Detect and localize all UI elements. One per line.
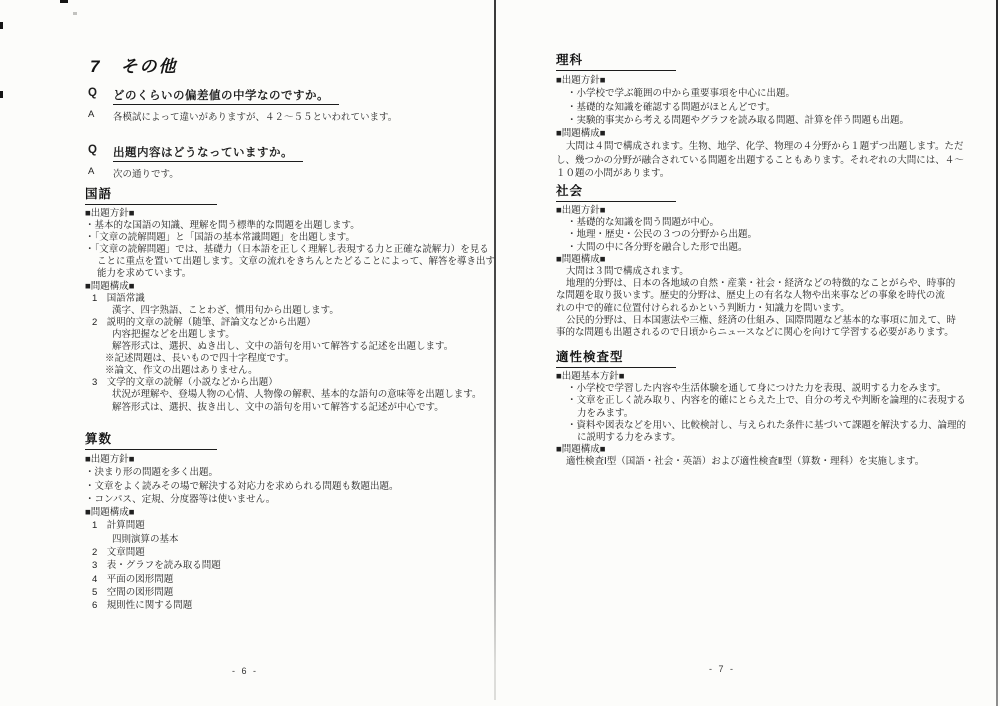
text-line: ■問題構成■ <box>556 254 990 266</box>
text-line: し、幾つかの分野が融合されている問題を出題することもあります。それぞれの大問には… <box>556 154 990 167</box>
question-text: どのくらいの偏差値の中学なのですか。 <box>113 87 339 105</box>
text-line: ■問題構成■ <box>85 506 510 519</box>
text-line: １０題の小問があります。 <box>556 167 990 180</box>
text-line: ・資料や図表などを用い、比較検討し、与えられた条件に基づいて課題を解決する力、論… <box>556 420 990 432</box>
page-number-right: - 7 - <box>700 664 744 674</box>
text-line: ・大問の中に各分野を融合した形で出題。 <box>556 242 990 254</box>
text-line: ことに重点を置いて出題します。文章の流れをきちんとたどることによって、解答を導き… <box>85 256 510 268</box>
text-line: 解答形式は、選択、抜き出し、文中の語句を用いて解答する記述が中心です。 <box>85 402 510 414</box>
question-row: Q 出題内容はどうなっていますか。 <box>88 144 303 162</box>
text-line: ・決まり形の問題を多く出題。 <box>85 466 510 479</box>
answer-row: A 各模試によって違いがありますが、４２～５５といわれています。 <box>88 109 397 123</box>
text-line: 公民的分野は、日本国憲法や三権、経済の仕組み、国際問題など基本的な事項に加えて、… <box>556 315 990 327</box>
section-header: 理科 <box>556 50 676 71</box>
text-line: 1 国語常識 <box>85 293 510 305</box>
page-number-left: - 6 - <box>223 666 267 676</box>
text-line: ・「文章の読解問題」と「国語の基本常識問題」を出題します。 <box>85 232 510 244</box>
text-line: ・小学校で学習した内容や生活体験を通して身につけた力を表現、説明する力をみます。 <box>556 383 990 395</box>
text-line: に説明する力をみます。 <box>556 432 990 444</box>
question-text: 出題内容はどうなっていますか。 <box>113 144 303 162</box>
text-line: ■出題方針■ <box>85 453 510 466</box>
page-edge-line <box>996 0 999 706</box>
text-line: 内容把握などを出題します。 <box>85 329 510 341</box>
text-line: 解答形式は、選択、ぬき出し、文中の語句を用いて解答する記述を出題します。 <box>85 341 510 353</box>
section-header: 算数 <box>85 429 217 450</box>
text-line: 四則演算の基本 <box>85 533 510 546</box>
section-social-studies: 社会 ■出題方針■ ・基礎的な知識を問う問題が中心。 ・地理・歴史・公民の３つの… <box>556 181 990 339</box>
text-line: ■問題構成■ <box>556 444 990 456</box>
section-body: ■出題方針■ ・基礎的な知識を問う問題が中心。 ・地理・歴史・公民の３つの分野か… <box>556 205 990 339</box>
text-line: 3 文学的文章の読解（小説などから出題） <box>85 377 510 389</box>
text-line: 大問は３問で構成されます。 <box>556 266 990 278</box>
text-line: 能力を求めています。 <box>85 268 510 280</box>
text-line: 状況が理解や、登場人物の心情、人物像の解釈、基本的な語句の意味等を出題します。 <box>85 389 510 401</box>
text-line: ※記述問題は、長いもので四十字程度です。 <box>85 353 510 365</box>
text-line: 漢字、四字熟語、ことわざ、慣用句から出題します。 <box>85 305 510 317</box>
section-body: ■出題基本方針■ ・小学校で学習した内容や生活体験を通して身につけた力を表現、説… <box>556 371 990 469</box>
text-line: ・地理・歴史・公民の３つの分野から出題。 <box>556 229 990 241</box>
text-line: ・基礎的な知識を確認する問題がほとんどです。 <box>556 101 990 114</box>
text-line: ・「文章の読解問題」では、基礎力（日本語を正しく理解し表現する力と正確な読解力）… <box>85 244 510 256</box>
text-line: ■出題基本方針■ <box>556 371 990 383</box>
text-line: 大問は４問で構成されます。生物、地学、化学、物理の４分野から１題ずつ出題します。… <box>556 140 990 153</box>
text-line: ・小学校で学ぶ範囲の中から重要事項を中心に出題。 <box>556 87 990 100</box>
text-line: ・文章をよく読みその場で解決する対応力を求められる問題も数題出題。 <box>85 480 510 493</box>
q-marker: Q <box>88 144 113 156</box>
text-line: ・文章を正しく読み取り、内容を的確にとらえた上で、自分の考えや判断を論理的に表現… <box>556 395 990 407</box>
section-header: 適性検査型 <box>556 347 676 368</box>
text-line: ※論文、作文の出題はありません。 <box>85 365 510 377</box>
text-line: ■出題方針■ <box>556 205 990 217</box>
q-marker: Q <box>88 87 113 99</box>
section-science: 理科 ■出題方針■ ・小学校で学ぶ範囲の中から重要事項を中心に出題。 ・基礎的な… <box>556 50 990 180</box>
scanned-document-spread: 7 その他 Q どのくらいの偏差値の中学なのですか。 A 各模試によって違いがあ… <box>0 0 1000 706</box>
text-line: 地理的分野は、日本の各地域の自然・産業・社会・経済などの特徴的なことがらや、時事… <box>556 278 990 290</box>
text-line: 力をみます。 <box>556 408 990 420</box>
text-line: ・コンパス、定規、分度器等は使いません。 <box>85 493 510 506</box>
section-body: ■出題方針■ ・基本的な国語の知識、理解を問う標準的な問題を出題します。 ・「文… <box>85 208 510 414</box>
text-line: 3 表・グラフを読み取る問題 <box>85 559 510 572</box>
text-line: 4 平面の図形問題 <box>85 573 510 586</box>
text-line: ■出題方針■ <box>85 208 510 220</box>
section-body: ■出題方針■ ・小学校で学ぶ範囲の中から重要事項を中心に出題。 ・基礎的な知識を… <box>556 74 990 180</box>
section-aptitude-test: 適性検査型 ■出題基本方針■ ・小学校で学習した内容や生活体験を通して身につけた… <box>556 347 990 469</box>
text-line: ■出題方針■ <box>556 74 990 87</box>
text-line: ・実験的事実から考える問題やグラフを読み取る問題、計算を伴う問題も出題。 <box>556 114 990 127</box>
text-line: 事的な問題も出題されるので日頃からニュースなどに関心を向けて学習する必要がありま… <box>556 327 990 339</box>
scan-speck <box>73 12 77 15</box>
scan-speck <box>0 22 3 29</box>
text-line: れの中で的確に位置付けられるかという判断力・知識力を問います。 <box>556 303 990 315</box>
text-line: 1 計算問題 <box>85 519 510 532</box>
text-line: ■問題構成■ <box>556 127 990 140</box>
section-body: ■出題方針■ ・決まり形の問題を多く出題。 ・文章をよく読みその場で解決する対応… <box>85 453 510 613</box>
answer-text: 次の通りです。 <box>113 166 179 180</box>
text-line: 6 規則性に関する問題 <box>85 599 510 612</box>
question-row: Q どのくらいの偏差値の中学なのですか。 <box>88 87 339 105</box>
text-line: ・基礎的な知識を問う問題が中心。 <box>556 217 990 229</box>
section-header: 国語 <box>85 184 217 205</box>
text-line: 2 説明的文章の読解（随筆、評論文などから出題） <box>85 317 510 329</box>
scan-speck <box>60 0 68 3</box>
text-line: な問題を取り扱います。歴史的分野は、歴史上の有名な人物や出来事などの事象を時代の… <box>556 290 990 302</box>
text-line: ・基本的な国語の知識、理解を問う標準的な問題を出題します。 <box>85 220 510 232</box>
text-line: 適性検査Ⅰ型（国語・社会・英語）および適性検査Ⅱ型（算数・理科）を実施します。 <box>556 456 990 468</box>
a-marker: A <box>88 166 113 177</box>
answer-text: 各模試によって違いがありますが、４２～５５といわれています。 <box>113 109 397 123</box>
a-marker: A <box>88 109 113 120</box>
text-line: ■問題構成■ <box>85 281 510 293</box>
chapter-title: 7 その他 <box>90 52 177 77</box>
text-line: 2 文章問題 <box>85 546 510 559</box>
answer-row: A 次の通りです。 <box>88 166 179 180</box>
section-math: 算数 ■出題方針■ ・決まり形の問題を多く出題。 ・文章をよく読みその場で解決す… <box>85 429 510 613</box>
text-line: 5 空間の図形問題 <box>85 586 510 599</box>
scan-speck <box>0 91 3 98</box>
section-header: 社会 <box>556 181 676 202</box>
section-japanese: 国語 ■出題方針■ ・基本的な国語の知識、理解を問う標準的な問題を出題します。 … <box>85 184 510 414</box>
